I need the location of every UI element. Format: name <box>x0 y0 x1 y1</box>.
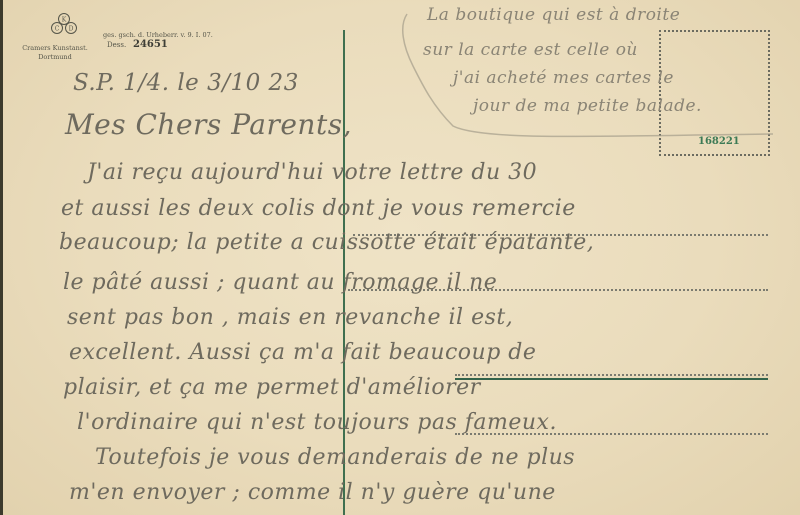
margin-note-line: j'ai acheté mes cartes le <box>453 68 674 88</box>
letter-greeting: Mes Chers Parents, <box>65 108 352 141</box>
letter-line: l'ordinaire qui n'est toujours pas fameu… <box>77 410 557 435</box>
postcard-back: K C D Cramers Kunstanst. Dortmund ges. g… <box>0 0 800 515</box>
letter-line: et aussi les deux colis dont je vous rem… <box>61 196 576 221</box>
letter-line: Toutefois je vous demanderais de ne plus <box>95 445 575 470</box>
address-line-3-rule <box>455 378 768 380</box>
publisher-imprint: Cramers Kunstanst. Dortmund <box>21 44 89 62</box>
margin-note-line: La boutique qui est à droite <box>427 5 680 25</box>
letter-line: excellent. Aussi ça m'a fait beaucoup de <box>69 340 536 365</box>
publisher-logo-icon: K C D <box>47 12 81 36</box>
publisher-name: Cramers Kunstanst. <box>21 44 89 53</box>
svg-text:D: D <box>69 26 74 33</box>
letter-line: sent pas bon , mais en revanche il est, <box>67 305 513 330</box>
svg-text:C: C <box>55 26 60 33</box>
address-line-3 <box>455 374 768 376</box>
letter-line: J'ai reçu aujourd'hui votre lettre du 30 <box>87 160 537 185</box>
margin-note-line: sur la carte est celle où <box>423 40 638 60</box>
letter-line: m'en envoyer ; comme il n'y guère qu'une <box>69 480 556 505</box>
design-label: Dess. <box>107 41 126 49</box>
letter-line: beaucoup; la petite a cuissotte était ép… <box>59 230 594 255</box>
letter-date: S.P. 1/4. le 3/10 23 <box>73 70 299 96</box>
svg-text:K: K <box>62 17 67 24</box>
letter-line: plaisir, et ça me permet d'améliorer <box>63 375 481 400</box>
copyright-notice: ges. gsch. d. Urheberr. v. 9. I. 07. <box>103 31 213 39</box>
design-number: 24651 <box>133 39 168 50</box>
margin-note-line: jour de ma petite balade. <box>473 96 702 116</box>
letter-line: le pâté aussi ; quant au fromage il ne <box>63 270 497 295</box>
publisher-city: Dortmund <box>21 53 89 62</box>
